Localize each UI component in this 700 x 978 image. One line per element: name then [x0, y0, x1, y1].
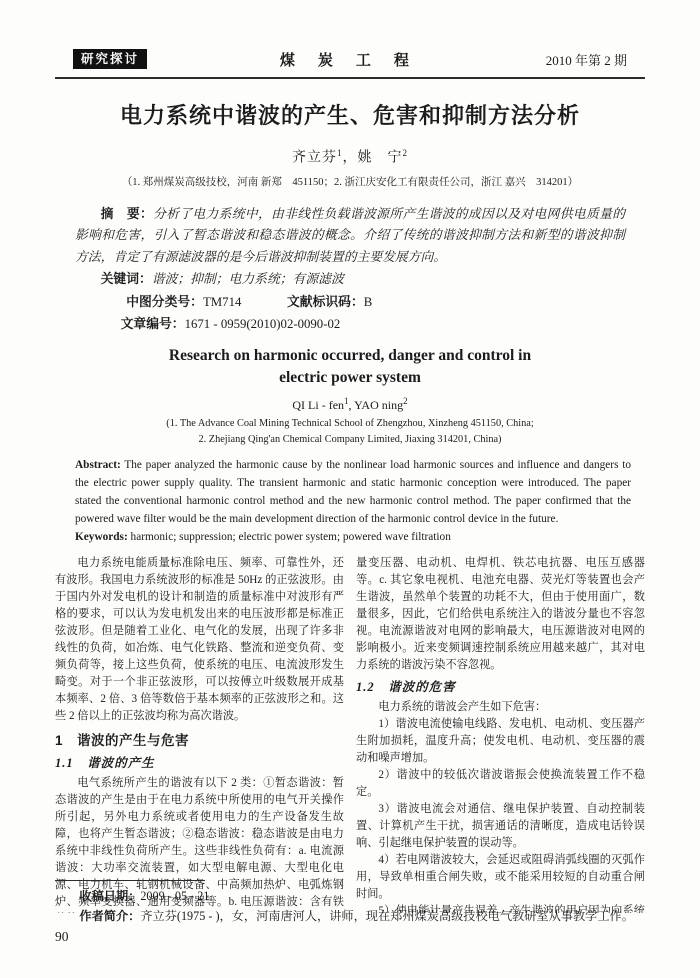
- author-bio-label: 作者简介：: [79, 909, 140, 923]
- author-cn-2-sup: 2: [403, 148, 409, 158]
- abstract-label-en: Abstract:: [75, 459, 121, 471]
- title-en-line1: Research on harmonic occurred, danger an…: [169, 347, 531, 364]
- header-rule: [55, 77, 645, 79]
- left-column: 电力系统电能质量标准除电压、频率、可靠性外，还有波形。我国电力系统波形的标准是 …: [55, 555, 344, 913]
- hazard-item-2: 2）谐波中的较低次谐波谐振会使换流装置工作不稳定。: [356, 767, 645, 801]
- authors-en: QI Li - fen1, YAO ning2: [55, 393, 645, 413]
- clc-label: 中图分类号：: [126, 294, 203, 309]
- author-bio-value: 齐立芬(1975 - )，女，河南唐河人，讲师，现在郑州煤炭高级技校电气教研室从…: [140, 909, 634, 923]
- author-cn-1: 齐立芬: [292, 151, 337, 166]
- body-paragraph-3: 量变压器、电动机、电焊机、铁芯电抗器、电压互感器等。c. 其它象电视机、电池充电…: [356, 555, 645, 674]
- affil-en-line1: (1. The Advance Coal Mining Technical Sc…: [55, 416, 645, 432]
- paper-page: 研究探讨 煤 炭 工 程 2010 年第 2 期 电力系统中谐波的产生、危害和抑…: [0, 0, 700, 978]
- journal-name: 煤 炭 工 程: [280, 49, 413, 70]
- abstract-block-en: Abstract: The paper analyzed the harmoni…: [75, 456, 631, 547]
- article-title-cn: 电力系统中谐波的产生、危害和抑制方法分析: [55, 101, 645, 131]
- hazard-item-3: 3）谐波电流会对通信、继电保护装置、自动控制装置、计算机产生干扰，损害通话的清晰…: [356, 801, 645, 852]
- affil-en-line2: 2. Zhejiang Qing'an Chemical Company Lim…: [55, 432, 645, 448]
- hazard-item-1: 1）谐波电流使输电线路、发电机、电动机、变压器产生附加损耗，温度升高；使发电机、…: [356, 716, 645, 767]
- section-1-2-heading: 1.2 谐波的危害: [356, 678, 645, 696]
- author-en-2-sup: 2: [403, 396, 408, 406]
- doc-code-label: 文献标识码：: [287, 294, 364, 309]
- article-id-value: 1671 - 0959(2010)02-0090-02: [185, 317, 341, 331]
- doc-code-pair: 文献标识码：B: [261, 291, 372, 314]
- section-1-heading: 1 谐波的产生与危害: [55, 731, 344, 750]
- body-paragraph-1: 电力系统电能质量标准除电压、频率、可靠性外，还有波形。我国电力系统波形的标准是 …: [55, 555, 344, 725]
- keywords-label-en: Keywords:: [75, 531, 128, 543]
- received-date-label: 收稿日期：: [79, 889, 140, 903]
- keywords-en: Keywords: harmonic; suppression; electri…: [75, 528, 631, 546]
- journal-header: 研究探讨 煤 炭 工 程 2010 年第 2 期: [55, 48, 645, 70]
- column-tag-badge: 研究探讨: [73, 49, 147, 69]
- doc-code-value: B: [364, 295, 373, 309]
- clc-pair: 中图分类号：TM714: [101, 291, 242, 314]
- abstract-en: Abstract: The paper analyzed the harmoni…: [75, 456, 631, 529]
- affiliation-en: (1. The Advance Coal Mining Technical Sc…: [55, 416, 645, 448]
- affiliation-cn: （1. 郑州煤炭高级技校，河南 新郑 451150；2. 浙江庆安化工有限责任公…: [55, 175, 645, 190]
- issue-label: 2010 年第 2 期: [546, 50, 627, 69]
- keywords-text-cn: 谐波；抑制；电力系统；有源滤波: [152, 272, 344, 286]
- section-1-1-heading: 1.1 谐波的产生: [55, 754, 344, 772]
- author-bio-line: 作者简介：齐立芬(1975 - )，女，河南唐河人，讲师，现在郑州煤炭高级技校电…: [55, 906, 645, 926]
- footnote-divider: [55, 880, 205, 881]
- abstract-text-en: The paper analyzed the harmonic cause by…: [75, 459, 631, 526]
- abstract-text-cn: 分析了电力系统中，由非线性负载谐波源所产生谐波的成因以及对电网供电质量的影响和危…: [75, 207, 625, 264]
- english-block: Research on harmonic occurred, danger an…: [55, 345, 645, 448]
- keywords-cn: 关键词：谐波；抑制；电力系统；有源滤波: [75, 268, 625, 291]
- keywords-text-en: harmonic; suppression; electric power sy…: [128, 531, 451, 543]
- hazard-intro: 电力系统的谐波会产生如下危害：: [356, 699, 645, 716]
- clc-value: TM714: [203, 295, 241, 309]
- author-cn-2: 姚 宁: [358, 151, 403, 166]
- received-date-value: 2009 - 05 - 21: [140, 889, 209, 903]
- keywords-label-cn: 关键词：: [101, 271, 152, 286]
- received-date-line: 收稿日期：2009 - 05 - 21: [55, 886, 645, 906]
- abstract-label-cn: 摘 要：: [101, 206, 153, 221]
- classification-line: 中图分类号：TM714文献标识码：B文章编号：1671 - 0959(2010)…: [75, 291, 625, 336]
- footnote-block: 收稿日期：2009 - 05 - 21 作者简介：齐立芬(1975 - )，女，…: [55, 880, 645, 926]
- author-en-2: YAO ning: [354, 398, 403, 412]
- authors-cn: 齐立芬1，姚 宁2: [55, 143, 645, 169]
- page-number: 90: [55, 929, 69, 945]
- article-id-label: 文章编号：: [121, 316, 185, 331]
- abstract-cn: 摘 要：分析了电力系统中，由非线性负载谐波源所产生谐波的成因以及对电网供电质量的…: [75, 203, 625, 269]
- body-columns: 电力系统电能质量标准除电压、频率、可靠性外，还有波形。我国电力系统波形的标准是 …: [55, 555, 645, 913]
- abstract-block-cn: 摘 要：分析了电力系统中，由非线性负载谐波源所产生谐波的成因以及对电网供电质量的…: [75, 203, 625, 336]
- author-en-1: QI Li - fen: [292, 398, 344, 412]
- authors-cn-separator: ，: [343, 151, 358, 166]
- title-en-line2: electric power system: [279, 369, 421, 386]
- article-id-pair: 文章编号：1671 - 0959(2010)02-0090-02: [95, 313, 340, 336]
- right-column: 量变压器、电动机、电焊机、铁芯电抗器、电压互感器等。c. 其它象电视机、电池充电…: [356, 555, 645, 913]
- article-title-en: Research on harmonic occurred, danger an…: [55, 345, 645, 389]
